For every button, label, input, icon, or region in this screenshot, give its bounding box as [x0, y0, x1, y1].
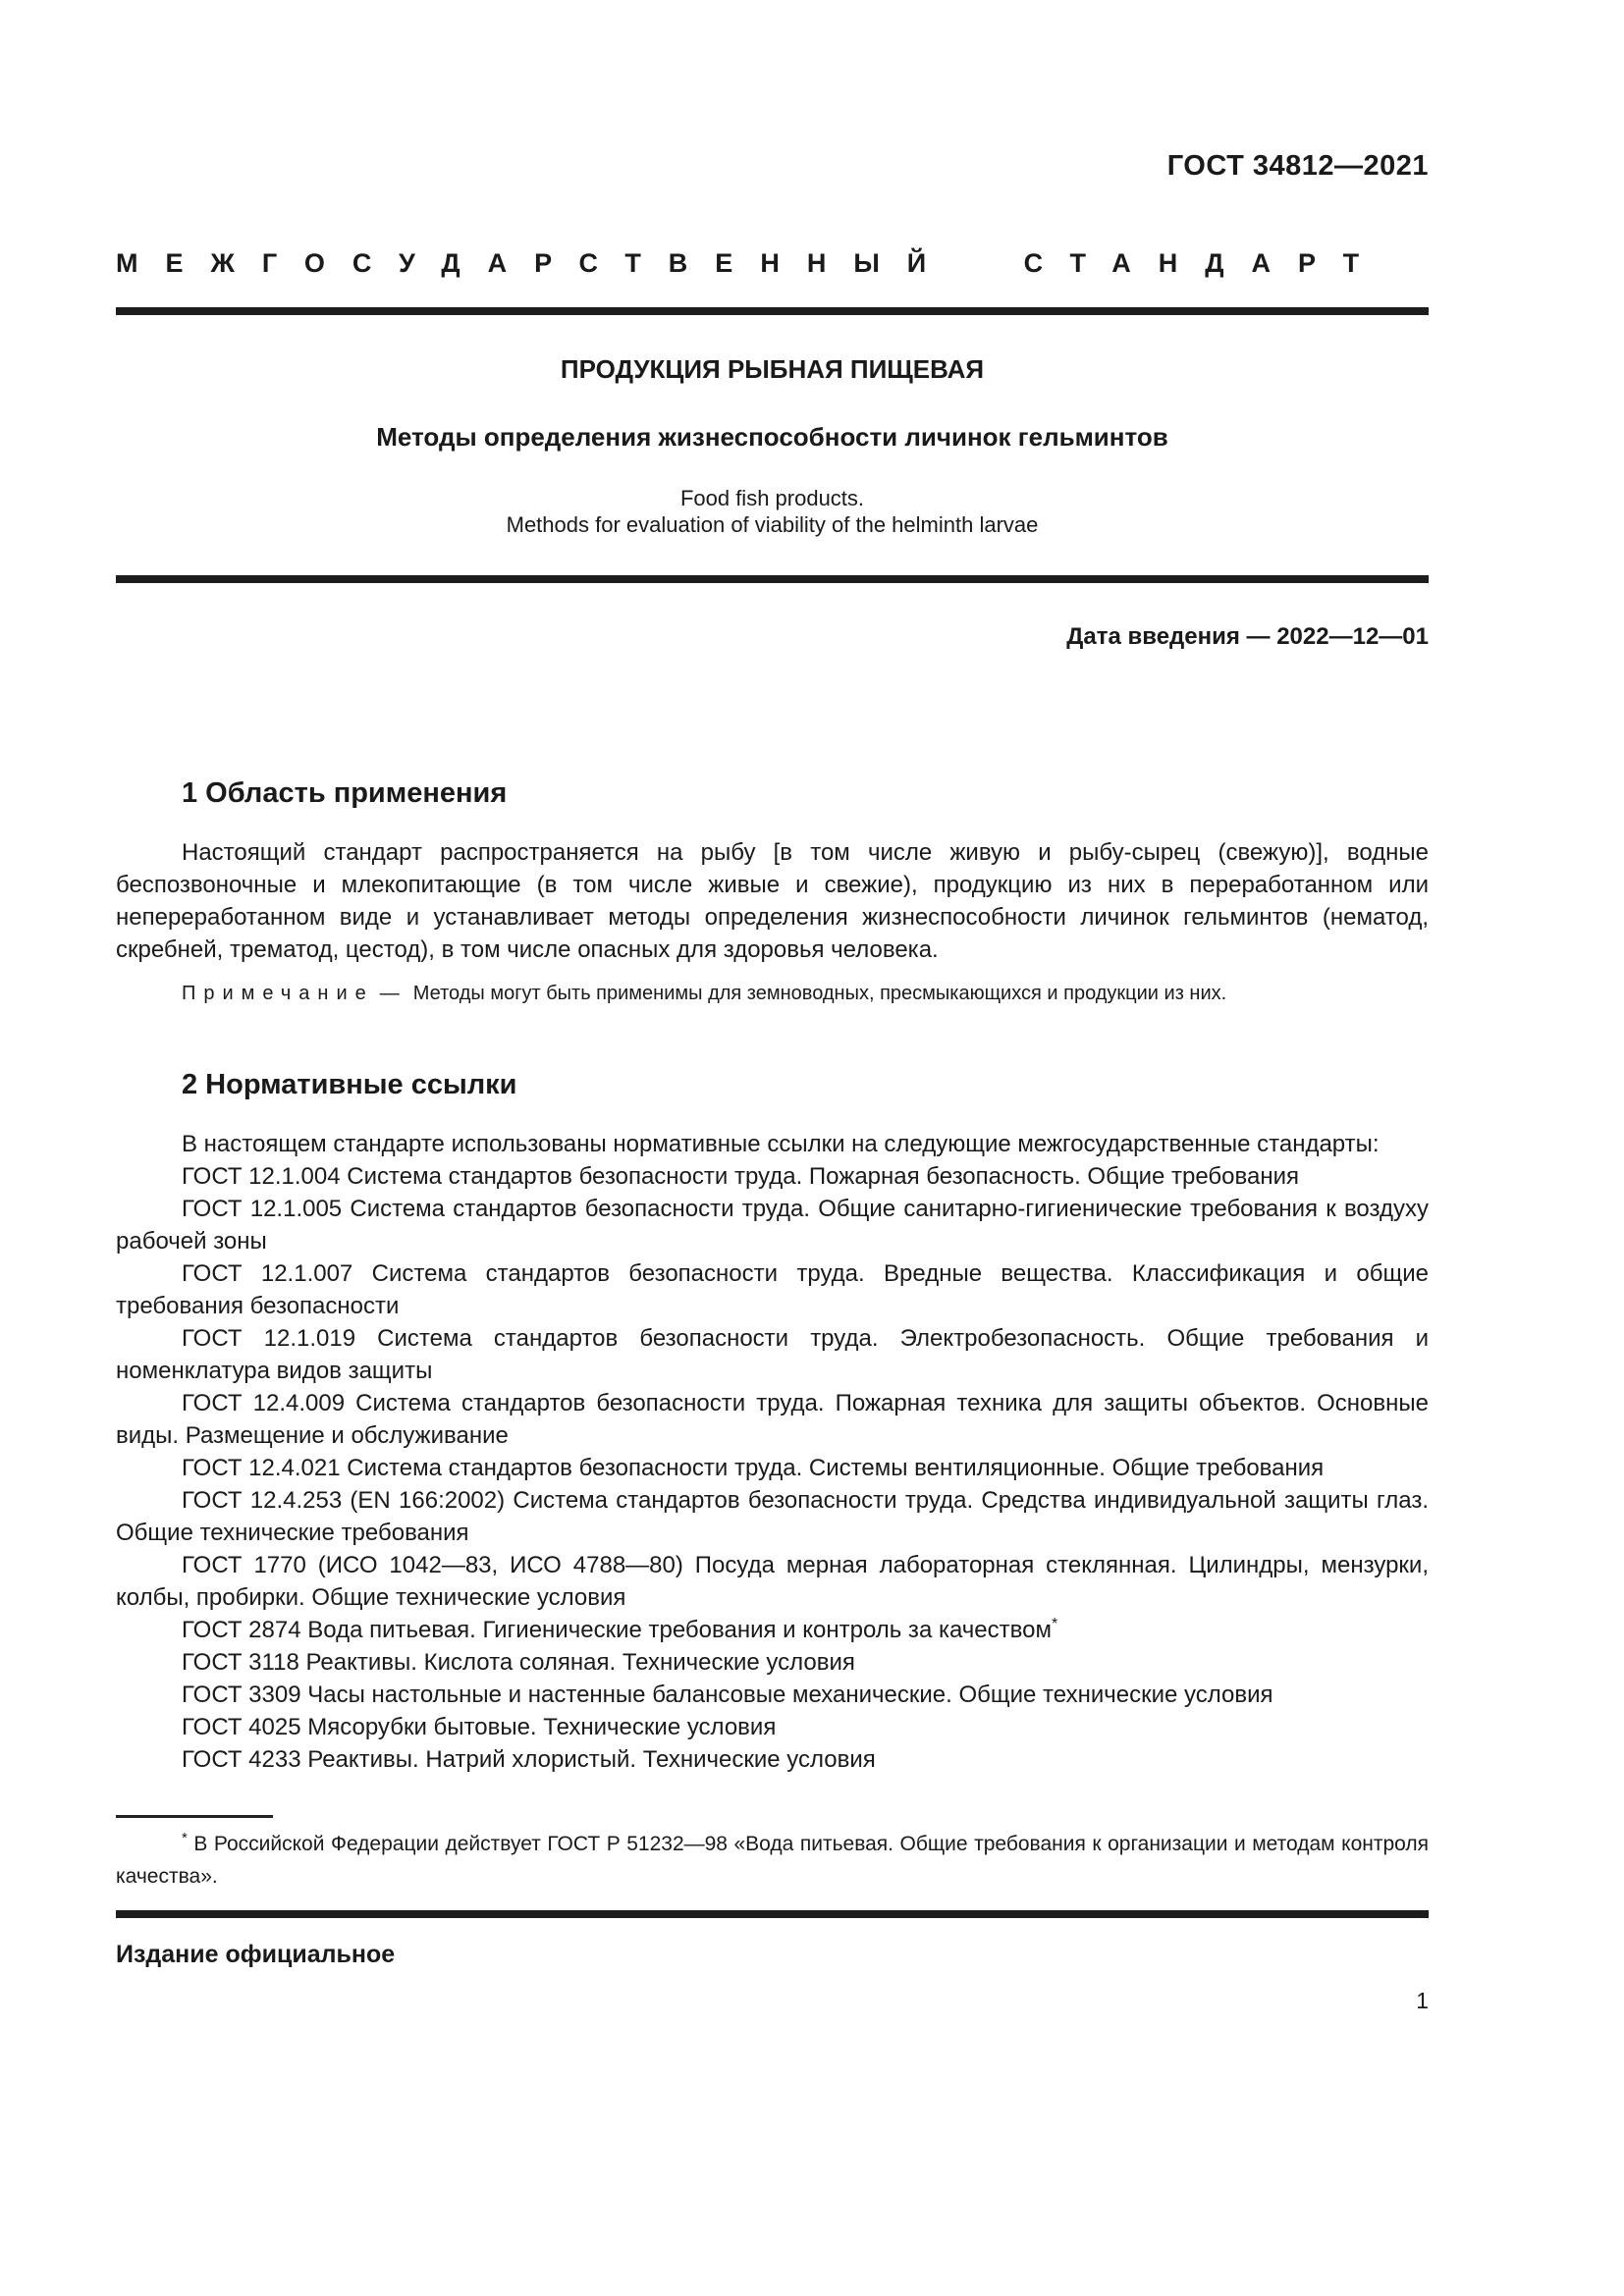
reference-text: ГОСТ 4233 Реактивы. Натрий хлористый. Те…: [182, 1746, 876, 1773]
reference-item: ГОСТ 12.1.019 Система стандартов безопас…: [116, 1322, 1429, 1387]
reference-item: ГОСТ 12.1.004 Система стандартов безопас…: [116, 1160, 1429, 1193]
footnote-marker: *: [182, 1830, 188, 1846]
document-title-en-line2: Methods for evaluation of viability of t…: [116, 511, 1429, 538]
reference-text: ГОСТ 12.1.019 Система стандартов безопас…: [116, 1325, 1429, 1384]
footnote-marker: *: [1052, 1616, 1057, 1632]
reference-item: ГОСТ 3118 Реактивы. Кислота соляная. Тех…: [116, 1646, 1429, 1679]
reference-item: ГОСТ 3309 Часы настольные и настенные ба…: [116, 1679, 1429, 1711]
reference-text: ГОСТ 12.4.253 (EN 166:2002) Система стан…: [116, 1487, 1429, 1546]
reference-text: ГОСТ 4025 Мясорубки бытовые. Технические…: [182, 1714, 776, 1740]
note-label: Примечание: [182, 983, 374, 1004]
divider-rule-footer: [116, 1910, 1429, 1918]
section-heading-scope: 1 Область применения: [182, 776, 1429, 811]
reference-item: ГОСТ 2874 Вода питьевая. Гигиенические т…: [116, 1614, 1429, 1646]
footnote-rule: [116, 1815, 273, 1818]
footnote-text: * В Российской Федерации действует ГОСТ …: [116, 1828, 1429, 1893]
page-number: 1: [116, 1987, 1429, 2014]
reference-item: ГОСТ 1770 (ИСО 1042—83, ИСО 4788—80) Пос…: [116, 1549, 1429, 1614]
note-dash: —: [380, 983, 400, 1004]
edition-note: Издание официальное: [116, 1940, 1429, 1969]
document-page: ГОСТ 34812—2021 МЕЖГОСУДАРСТВЕННЫЙ СТАНД…: [0, 0, 1624, 2296]
document-subtitle-ru: Методы определения жизнеспособности личи…: [116, 422, 1429, 453]
reference-text: ГОСТ 1770 (ИСО 1042—83, ИСО 4788—80) Пос…: [116, 1552, 1429, 1611]
reference-item: ГОСТ 4025 Мясорубки бытовые. Технические…: [116, 1711, 1429, 1743]
reference-item: ГОСТ 12.1.007 Система стандартов безопас…: [116, 1257, 1429, 1322]
reference-item: ГОСТ 4233 Реактивы. Натрий хлористый. Те…: [116, 1743, 1429, 1776]
reference-text: ГОСТ 12.1.004 Система стандартов безопас…: [182, 1163, 1299, 1190]
standard-number: ГОСТ 34812—2021: [116, 149, 1429, 184]
scope-paragraph: Настоящий стандарт распространяется на р…: [116, 836, 1429, 966]
document-title-en-line1: Food fish products.: [116, 485, 1429, 511]
references-intro: В настоящем стандарте использованы норма…: [116, 1128, 1429, 1160]
reference-text: ГОСТ 12.1.007 Система стандартов безопас…: [116, 1260, 1429, 1319]
reference-text: ГОСТ 2874 Вода питьевая. Гигиенические т…: [182, 1617, 1052, 1643]
effective-date: Дата введения — 2022—12—01: [116, 622, 1429, 651]
footnote-body: В Российской Федерации действует ГОСТ Р …: [116, 1833, 1429, 1888]
reference-item: ГОСТ 12.4.021 Система стандартов безопас…: [116, 1452, 1429, 1484]
reference-text: ГОСТ 12.4.021 Система стандартов безопас…: [182, 1455, 1324, 1481]
reference-text: ГОСТ 12.4.009 Система стандартов безопас…: [116, 1390, 1429, 1449]
divider-rule-header: [116, 307, 1429, 315]
reference-text: ГОСТ 3118 Реактивы. Кислота соляная. Тех…: [182, 1649, 855, 1676]
footnote-block: * В Российской Федерации действует ГОСТ …: [116, 1815, 1429, 1893]
divider-rule-title: [116, 575, 1429, 583]
standard-type-banner: МЕЖГОСУДАРСТВЕННЫЙ СТАНДАРТ: [116, 244, 1429, 282]
section-heading-references: 2 Нормативные ссылки: [182, 1068, 1429, 1102]
page-content: ГОСТ 34812—2021 МЕЖГОСУДАРСТВЕННЫЙ СТАНД…: [116, 149, 1429, 2014]
reference-item: ГОСТ 12.4.253 (EN 166:2002) Система стан…: [116, 1484, 1429, 1549]
reference-text: ГОСТ 12.1.005 Система стандартов безопас…: [116, 1196, 1429, 1255]
scope-note: Примечание—Методы могут быть применимы д…: [116, 980, 1429, 1007]
reference-text: ГОСТ 3309 Часы настольные и настенные ба…: [182, 1682, 1273, 1708]
reference-item: ГОСТ 12.4.009 Система стандартов безопас…: [116, 1387, 1429, 1452]
reference-item: ГОСТ 12.1.005 Система стандартов безопас…: [116, 1193, 1429, 1257]
document-title-ru: ПРОДУКЦИЯ РЫБНАЯ ПИЩЕВАЯ: [116, 354, 1429, 385]
note-text: Методы могут быть применимы для земновод…: [413, 983, 1226, 1004]
